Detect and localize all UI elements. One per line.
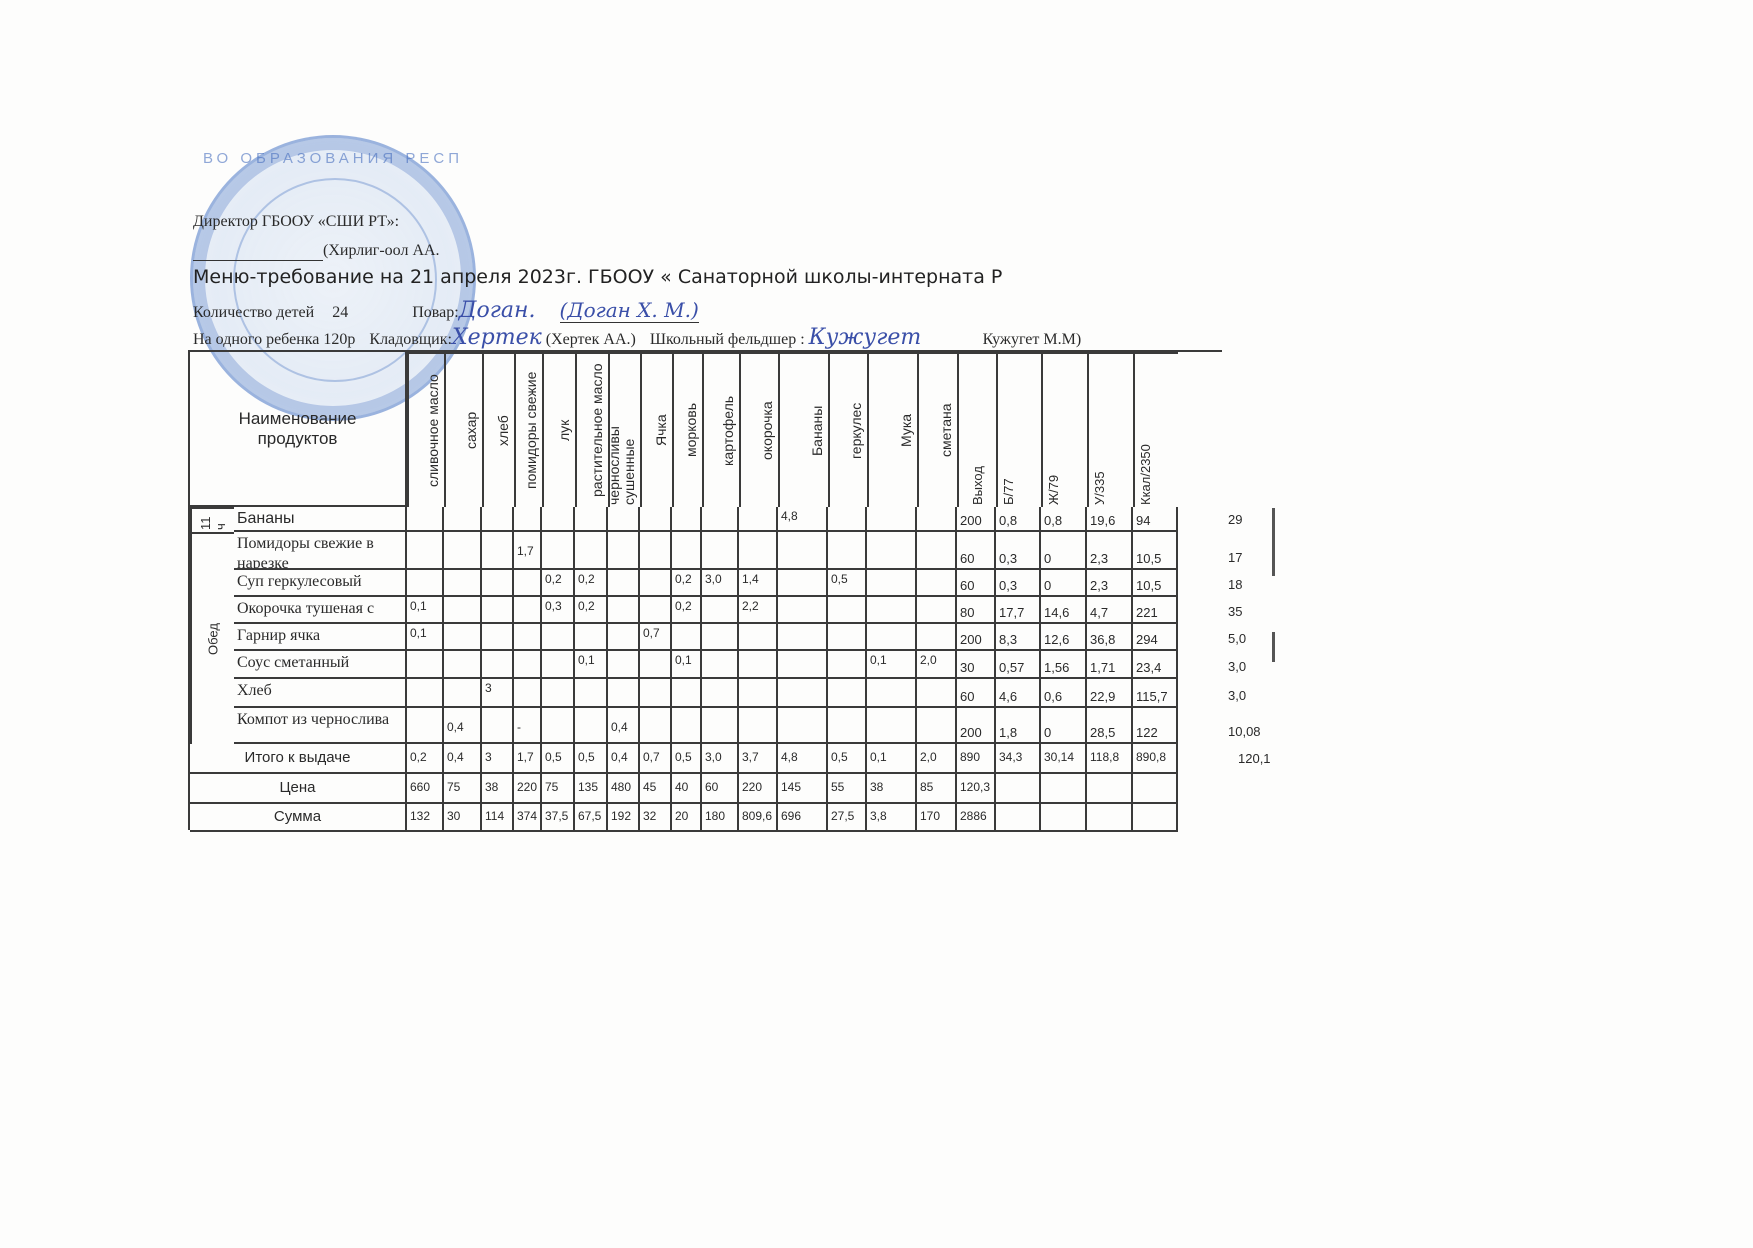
summary-cell-product: 75: [542, 774, 575, 804]
table-cell-product: [482, 570, 514, 597]
storekeeper-name: (Хертек АА.): [546, 331, 636, 348]
row-extra-value: 10,08: [1228, 724, 1261, 739]
summary-cell-product: 2,0: [917, 744, 957, 774]
totals-extra-value: 120,1: [1238, 751, 1271, 766]
table-cell-product: [608, 624, 640, 651]
table-cell-product: [482, 507, 514, 532]
table-cell-product: [542, 679, 575, 708]
column-header-product: картофель: [702, 352, 739, 507]
table-cell-product: [778, 708, 828, 744]
column-header-nutrition: Выход: [957, 352, 996, 507]
storekeeper-label: Кладовщик:: [369, 331, 452, 348]
cook-signature: Доган.: [459, 298, 536, 323]
table-cell-nutrition: 22,9: [1087, 679, 1133, 708]
column-header-nutrition: У/335: [1087, 352, 1133, 507]
table-cell-product: 0,4: [608, 708, 640, 744]
table-cell-product: [672, 679, 702, 708]
table-cell-product: [828, 624, 867, 651]
summary-cell-product: 3,8: [867, 804, 917, 832]
table-cell-product: [917, 597, 957, 624]
table-cell-product: [575, 507, 608, 532]
table-cell-product: 1,4: [739, 570, 778, 597]
table-cell-product: [514, 507, 542, 532]
column-header-nutrition: Ккал/2350: [1133, 352, 1178, 507]
summary-cell-product: 180: [702, 804, 739, 832]
section-label: Обед: [190, 532, 234, 744]
summary-cell-product: 480: [608, 774, 640, 804]
column-header-product: лук: [542, 352, 575, 507]
summary-cell-product: 1,7: [514, 744, 542, 774]
table-cell-product: [917, 570, 957, 597]
table-cell-product: [514, 651, 542, 679]
summary-cell-product: 0,2: [407, 744, 444, 774]
table-cell-product: [575, 624, 608, 651]
row-extra-value: 5,0: [1228, 631, 1246, 646]
row-extra-value: 35: [1228, 604, 1242, 619]
summary-cell-product: 0,4: [608, 744, 640, 774]
table-cell-product: [739, 532, 778, 570]
summary-cell-product: 220: [739, 774, 778, 804]
table-cell-product: [542, 532, 575, 570]
table-cell-nutrition: 0: [1041, 708, 1087, 744]
table-cell-product: [828, 679, 867, 708]
table-cell-nutrition: 23,4: [1133, 651, 1178, 679]
director-signature-line: (Хирлиг-оол АА.: [193, 242, 440, 261]
table-row-name: Соус сметанный: [234, 651, 407, 679]
margin-mark: [1272, 632, 1275, 662]
table-cell-product: [702, 597, 739, 624]
summary-cell-product: 374: [514, 804, 542, 832]
summary-cell-nutrition: [1041, 804, 1087, 832]
children-count: 24: [332, 304, 348, 321]
summary-cell-product: 192: [608, 804, 640, 832]
table-cell-product: 0,1: [867, 651, 917, 679]
column-header-product: помидоры свежие: [514, 352, 542, 507]
summary-cell-nutrition: 890,8: [1133, 744, 1178, 774]
summary-cell-product: 75: [444, 774, 482, 804]
summary-cell-product: 85: [917, 774, 957, 804]
table-cell-nutrition: 1,71: [1087, 651, 1133, 679]
table-cell-nutrition: 28,5: [1087, 708, 1133, 744]
document-title: Меню-требование на 21 апреля 2023г. ГБОО…: [193, 266, 1002, 288]
table-cell-product: [640, 532, 672, 570]
table-cell-product: [482, 708, 514, 744]
summary-cell-product: 0,7: [640, 744, 672, 774]
summary-cell-product: 220: [514, 774, 542, 804]
table-cell-product: [917, 624, 957, 651]
table-cell-product: [444, 570, 482, 597]
summary-cell-product: 114: [482, 804, 514, 832]
summary-cell-product: 27,5: [828, 804, 867, 832]
table-cell-product: [702, 679, 739, 708]
row-extra-value: 3,0: [1228, 688, 1246, 703]
table-cell-nutrition: 1,8: [996, 708, 1041, 744]
summary-cell-product: 60: [702, 774, 739, 804]
table-cell-product: 0,2: [672, 597, 702, 624]
table-cell-product: 0,3: [542, 597, 575, 624]
table-cell-product: [640, 679, 672, 708]
row-extra-value: 18: [1228, 577, 1242, 592]
table-cell-product: [702, 624, 739, 651]
table-cell-nutrition: 0,8: [1041, 507, 1087, 532]
table-cell-product: [867, 679, 917, 708]
summary-cell-product: 170: [917, 804, 957, 832]
summary-cell-product: 132: [407, 804, 444, 832]
staff-line: На одного ребенка 120р Кладовщик:Хертек …: [193, 325, 1081, 351]
table-cell-product: [739, 679, 778, 708]
summary-cell-product: 67,5: [575, 804, 608, 832]
table-row-name: Суп геркулесовый: [234, 570, 407, 597]
table-cell-nutrition: 60: [957, 532, 996, 570]
table-cell-nutrition: 17,7: [996, 597, 1041, 624]
table-cell-nutrition: 200: [957, 507, 996, 532]
table-cell-product: [575, 708, 608, 744]
summary-cell-product: 40: [672, 774, 702, 804]
summary-cell-nutrition: [1133, 804, 1178, 832]
table-cell-nutrition: 115,7: [1133, 679, 1178, 708]
summary-cell-product: 0,5: [575, 744, 608, 774]
summary-row-label: Цена: [190, 774, 407, 804]
table-cell-product: [542, 708, 575, 744]
table-cell-product: [482, 651, 514, 679]
table-cell-nutrition: 80: [957, 597, 996, 624]
table-cell-nutrition: 0,8: [996, 507, 1041, 532]
table-cell-product: [444, 507, 482, 532]
column-header-product: Бананы: [778, 352, 828, 507]
table-cell-product: [778, 570, 828, 597]
table-cell-product: [482, 624, 514, 651]
table-cell-product: [407, 507, 444, 532]
summary-cell-nutrition: [1041, 774, 1087, 804]
column-header-product: растительное масло: [575, 352, 608, 507]
summary-cell-product: 3,7: [739, 744, 778, 774]
table-cell-product: [778, 651, 828, 679]
row-extra-value: 29: [1228, 512, 1242, 527]
margin-mark: [1272, 508, 1275, 576]
table-cell-product: [640, 507, 672, 532]
table-cell-product: [739, 651, 778, 679]
table-cell-product: [444, 651, 482, 679]
table-cell-nutrition: 2,3: [1087, 570, 1133, 597]
summary-cell-nutrition: [1087, 804, 1133, 832]
summary-cell-product: 38: [482, 774, 514, 804]
summary-cell-nutrition: [996, 774, 1041, 804]
table-cell-product: [702, 532, 739, 570]
column-header-product: сметана: [917, 352, 957, 507]
director-line: Директор ГБООУ «СШИ РТ»:: [193, 213, 399, 231]
column-header-product: Мука: [867, 352, 917, 507]
table-cell-product: 0,2: [672, 570, 702, 597]
column-header-product: геркулес: [828, 352, 867, 507]
table-cell-nutrition: 294: [1133, 624, 1178, 651]
table-cell-product: [867, 624, 917, 651]
table-cell-product: 1,7: [514, 532, 542, 570]
table-cell-product: [917, 679, 957, 708]
table-cell-nutrition: 60: [957, 570, 996, 597]
summary-row-label: Сумма: [190, 804, 407, 832]
table-cell-nutrition: 200: [957, 624, 996, 651]
table-cell-nutrition: 4,6: [996, 679, 1041, 708]
table-cell-product: [739, 624, 778, 651]
table-cell-nutrition: 200: [957, 708, 996, 744]
director-signature-blank: [193, 242, 323, 261]
table-cell-product: 4,8: [778, 507, 828, 532]
table-cell-nutrition: 0,57: [996, 651, 1041, 679]
table-cell-product: [575, 532, 608, 570]
table-cell-product: [739, 708, 778, 744]
summary-cell-nutrition: [996, 804, 1041, 832]
children-label: Количество детей: [193, 304, 314, 321]
summary-cell-product: 660: [407, 774, 444, 804]
table-cell-product: [640, 708, 672, 744]
table-cell-product: [407, 651, 444, 679]
table-cell-product: [778, 597, 828, 624]
table-cell-product: 0,2: [575, 597, 608, 624]
table-cell-nutrition: 60: [957, 679, 996, 708]
table-cell-product: [778, 624, 828, 651]
summary-cell-product: 0,4: [444, 744, 482, 774]
column-header-product: окорочка: [739, 352, 778, 507]
table-cell-product: [672, 507, 702, 532]
summary-cell-nutrition: 890: [957, 744, 996, 774]
table-cell-product: [407, 679, 444, 708]
column-header-nutrition: Б/77: [996, 352, 1041, 507]
table-cell-product: [917, 532, 957, 570]
table-cell-product: [444, 597, 482, 624]
column-header-product-name: Наименование продуктов: [190, 352, 407, 507]
table-cell-product: 0,2: [542, 570, 575, 597]
summary-cell-product: 30: [444, 804, 482, 832]
table-cell-nutrition: 94: [1133, 507, 1178, 532]
summary-cell-nutrition: [1133, 774, 1178, 804]
table-cell-product: 0,1: [575, 651, 608, 679]
children-count-line: Количество детей 24 Повар:Доган. (Доган …: [193, 298, 699, 323]
table-row-name: Хлеб: [234, 679, 407, 708]
column-header-nutrition: Ж/79: [1041, 352, 1087, 507]
table-row-name: Гарнир ячка: [234, 624, 407, 651]
summary-cell-product: 696: [778, 804, 828, 832]
summary-cell-product: 38: [867, 774, 917, 804]
table-cell-product: [828, 507, 867, 532]
table-cell-product: [608, 651, 640, 679]
table-cell-nutrition: 0: [1041, 570, 1087, 597]
section-label: 11 ч: [190, 507, 234, 532]
table-row-name: Окорочка тушеная с: [234, 597, 407, 624]
summary-cell-product: 3: [482, 744, 514, 774]
per-child-label: На одного ребенка 120р: [193, 331, 355, 348]
table-cell-product: [828, 532, 867, 570]
table-cell-product: 0,7: [640, 624, 672, 651]
table-cell-product: [482, 532, 514, 570]
table-cell-product: [444, 532, 482, 570]
table-cell-product: 2,2: [739, 597, 778, 624]
table-cell-product: [514, 570, 542, 597]
table-cell-nutrition: 4,7: [1087, 597, 1133, 624]
column-header-product: сахар: [444, 352, 482, 507]
summary-cell-product: 135: [575, 774, 608, 804]
table-cell-nutrition: 10,5: [1133, 532, 1178, 570]
table-cell-nutrition: 30: [957, 651, 996, 679]
table-cell-product: [514, 624, 542, 651]
table-cell-product: [608, 597, 640, 624]
table-cell-product: [917, 708, 957, 744]
column-header-product: сливочное масло: [407, 352, 444, 507]
table-cell-product: [702, 507, 739, 532]
summary-cell-nutrition: 34,3: [996, 744, 1041, 774]
storekeeper-signature: Хертек: [452, 325, 542, 351]
summary-cell-nutrition: 120,3: [957, 774, 996, 804]
column-header-product: хлеб: [482, 352, 514, 507]
table-cell-nutrition: 122: [1133, 708, 1178, 744]
medic-label: Школьный фельдшер :: [650, 331, 805, 348]
table-cell-product: 0,4: [444, 708, 482, 744]
table-cell-nutrition: 0,6: [1041, 679, 1087, 708]
table-cell-product: [640, 651, 672, 679]
table-cell-product: 0,2: [575, 570, 608, 597]
table-cell-product: [867, 570, 917, 597]
table-cell-product: [672, 532, 702, 570]
table-cell-product: [407, 708, 444, 744]
table-cell-product: -: [514, 708, 542, 744]
table-cell-product: [444, 624, 482, 651]
summary-cell-product: 0,5: [828, 744, 867, 774]
table-cell-product: 0,5: [828, 570, 867, 597]
medic-name: Кужугет М.М): [983, 331, 1082, 348]
table-cell-product: [867, 597, 917, 624]
table-cell-product: [407, 532, 444, 570]
summary-cell-product: 145: [778, 774, 828, 804]
table-cell-product: [575, 679, 608, 708]
table-cell-product: [867, 708, 917, 744]
table-cell-product: 3,0: [702, 570, 739, 597]
table-cell-product: [608, 532, 640, 570]
table-cell-product: 0,1: [672, 651, 702, 679]
summary-cell-product: 0,1: [867, 744, 917, 774]
table-cell-product: [514, 597, 542, 624]
summary-cell-product: 45: [640, 774, 672, 804]
summary-cell-product: 3,0: [702, 744, 739, 774]
table-cell-product: [608, 507, 640, 532]
summary-cell-product: 37,5: [542, 804, 575, 832]
table-cell-product: [917, 507, 957, 532]
table-cell-product: [828, 651, 867, 679]
table-cell-product: [542, 651, 575, 679]
cook-name-handwritten: (Доган Х. М.): [560, 298, 699, 323]
summary-cell-nutrition: 118,8: [1087, 744, 1133, 774]
summary-cell-product: 20: [672, 804, 702, 832]
table-cell-nutrition: 0: [1041, 532, 1087, 570]
table-cell-product: 3: [482, 679, 514, 708]
table-cell-product: [739, 507, 778, 532]
table-row-name: Помидоры свежие в нарезке: [234, 532, 407, 570]
table-cell-product: [542, 507, 575, 532]
director-name: (Хирлиг-оол АА.: [323, 242, 440, 259]
table-cell-nutrition: 0,3: [996, 570, 1041, 597]
table-cell-product: 2,0: [917, 651, 957, 679]
summary-cell-product: 32: [640, 804, 672, 832]
column-header-product: черносливы сушенные: [608, 352, 640, 507]
table-cell-product: [702, 651, 739, 679]
summary-cell-product: 55: [828, 774, 867, 804]
summary-cell-product: 0,5: [542, 744, 575, 774]
table-cell-product: [640, 597, 672, 624]
table-cell-nutrition: 10,5: [1133, 570, 1178, 597]
table-cell-nutrition: 19,6: [1087, 507, 1133, 532]
summary-cell-nutrition: 30,14: [1041, 744, 1087, 774]
table-cell-product: [867, 532, 917, 570]
summary-cell-nutrition: 2886: [957, 804, 996, 832]
summary-cell-product: 4,8: [778, 744, 828, 774]
stamp-text: ВО ОБРАЗОВАНИЯ РЕСП: [193, 150, 473, 167]
table-cell-nutrition: 1,56: [1041, 651, 1087, 679]
table-cell-product: [778, 532, 828, 570]
table-row-name: Компот из чернослива: [234, 708, 407, 744]
table-cell-nutrition: 12,6: [1041, 624, 1087, 651]
table-cell-product: [608, 570, 640, 597]
table-cell-nutrition: 0,3: [996, 532, 1041, 570]
table-cell-product: [867, 507, 917, 532]
table-cell-product: 0,1: [407, 624, 444, 651]
table-cell-product: 0,1: [407, 597, 444, 624]
medic-signature: Кужугет: [809, 325, 979, 351]
table-cell-product: [640, 570, 672, 597]
summary-cell-product: 0,5: [672, 744, 702, 774]
column-header-product: морковь: [672, 352, 702, 507]
table-cell-product: [407, 570, 444, 597]
table-cell-product: [608, 679, 640, 708]
table-cell-product: [672, 708, 702, 744]
table-cell-nutrition: 2,3: [1087, 532, 1133, 570]
table-row-name: Бананы: [234, 507, 407, 532]
table-cell-product: [702, 708, 739, 744]
table-cell-product: [778, 679, 828, 708]
summary-cell-nutrition: [1087, 774, 1133, 804]
column-header-product: Ячка: [640, 352, 672, 507]
table-cell-product: [482, 597, 514, 624]
table-cell-product: [514, 679, 542, 708]
table-cell-nutrition: 14,6: [1041, 597, 1087, 624]
row-extra-value: 3,0: [1228, 659, 1246, 674]
summary-cell-product: 809,6: [739, 804, 778, 832]
row-extra-value: 17: [1228, 550, 1242, 565]
table-cell-product: [542, 624, 575, 651]
menu-requisition-table: Наименование продуктовсливочное маслосах…: [188, 350, 1222, 830]
table-cell-product: [444, 679, 482, 708]
table-cell-nutrition: 36,8: [1087, 624, 1133, 651]
cook-label: Повар:: [412, 304, 458, 321]
table-cell-nutrition: 221: [1133, 597, 1178, 624]
table-cell-product: [828, 708, 867, 744]
summary-row-label: Итого к выдаче: [190, 744, 407, 774]
table-cell-product: [672, 624, 702, 651]
table-cell-nutrition: 8,3: [996, 624, 1041, 651]
table-cell-product: [828, 597, 867, 624]
